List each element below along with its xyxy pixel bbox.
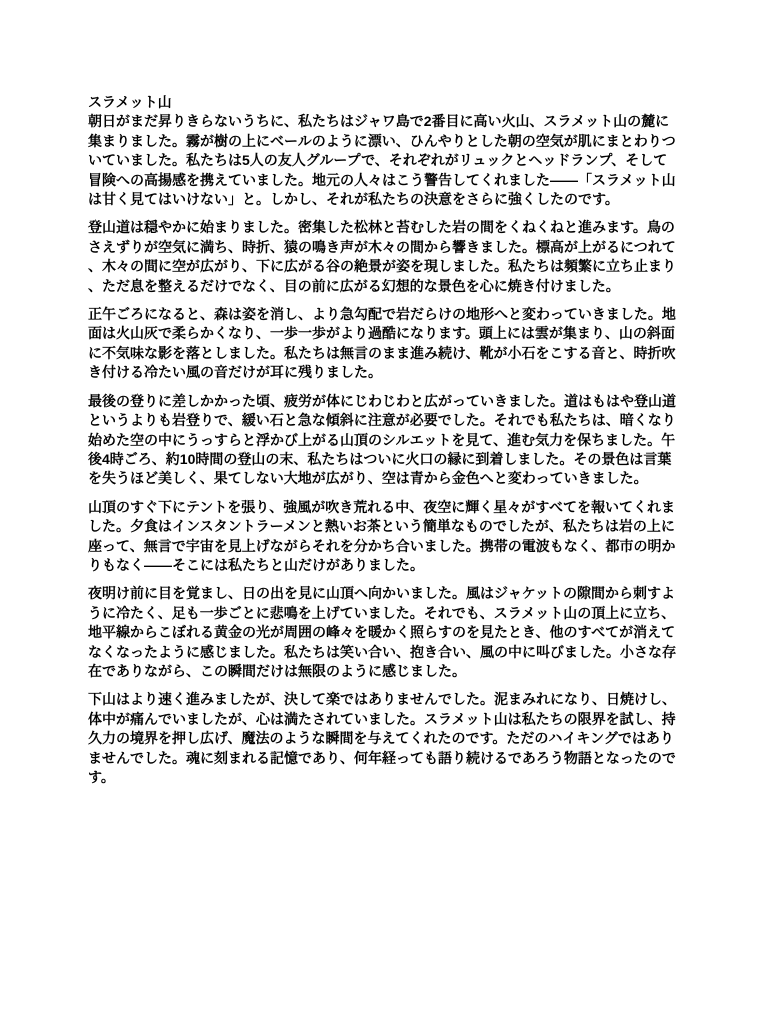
paragraph-midday: 正午ごろになると、森は姿を消し、より急勾配で岩だらけの地形へと変わっていきました…: [88, 305, 680, 383]
paragraph-sunrise: 夜明け前に目を覚まし、日の出を見に山頂へ向かいました。風はジャケットの隙間から刺…: [88, 584, 680, 681]
paragraph-camp-night: 山頂のすぐ下にテントを張り、強風が吹き荒れる中、夜空に輝く星々がすべてを報いてく…: [88, 498, 680, 576]
paragraph-descent: 下山はより速く進みましたが、決して楽ではありませんでした。泥まみれになり、日焼け…: [88, 690, 680, 787]
paragraph-trailhead: 登山道は穏やかに始まりました。密集した松林と苔むした岩の間をくねくねと進みます。…: [88, 218, 680, 296]
paragraph-final-ascent: 最後の登りに差しかかった頃、疲労が体にじわじわと広がっていきました。道はもはや登…: [88, 392, 680, 489]
document-title: スラメット山: [88, 93, 680, 112]
paragraph-intro: 朝日がまだ昇りきらないうちに、私たちはジャワ島で2番目に高い火山、スラメット山の…: [88, 112, 680, 209]
document-viewport: { "page": { "background_color": "#ffffff…: [0, 0, 768, 1024]
document-page: スラメット山 朝日がまだ昇りきらないうちに、私たちはジャワ島で2番目に高い火山、…: [88, 93, 680, 796]
